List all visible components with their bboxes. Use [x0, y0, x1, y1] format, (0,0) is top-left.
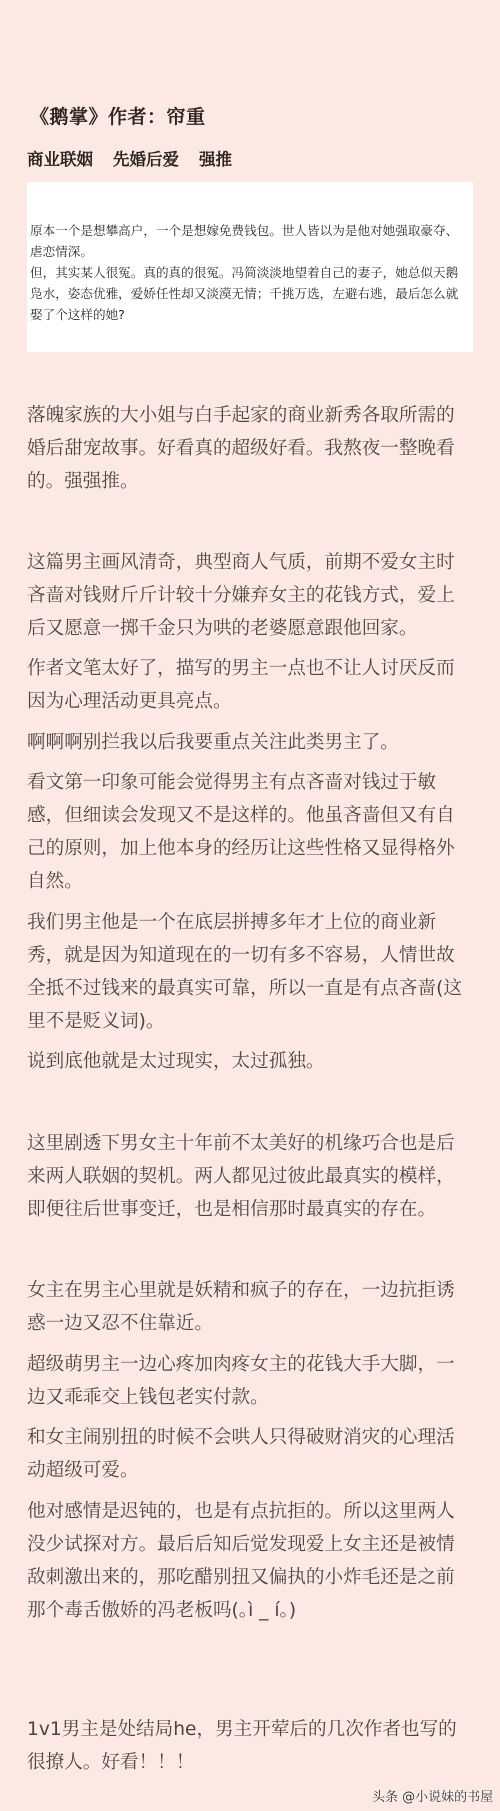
- review-paragraph: 女主在男主心里就是妖精和疯子的存在，一边抗拒诱惑一边又忍不住靠近。: [27, 1274, 473, 1340]
- review-paragraph: 这里剧透下男女主十年前不太美好的机缘巧合也是后来两人联姻的契机。两人都见过彼此最…: [27, 1127, 473, 1226]
- review-paragraph: 看文第一印象可能会觉得男主有点吝啬对钱过于敏感，但细读会发现又不是这样的。他虽吝…: [27, 766, 473, 898]
- review-paragraph: 和女主闹别扭的时候不会哄人只得破财消灾的心理活动超级可爱。: [27, 1421, 473, 1487]
- review-paragraph: 啊啊啊别拦我以后我要重点关注此类男主了。: [27, 726, 473, 759]
- book-title: 《鹅掌》作者：帘重: [30, 102, 206, 129]
- tag: 强推: [199, 146, 232, 170]
- tag-list: 商业联姻 先婚后爱 强推: [27, 146, 232, 170]
- review-paragraph: 说到底他就是太过现实，太过孤独。: [27, 1045, 473, 1078]
- review-paragraph: 这篇男主画风清奇，典型商人气质，前期不爱女主时吝啬对钱财斤斤计较十分嫌弃女主的花…: [27, 546, 473, 645]
- synopsis-line: 原本一个是想攀高户，一个是想嫁免费钱包。世人皆以为是他对她强取豪夺、虐恋情深。: [30, 220, 469, 262]
- watermark: 头条 @小说妹的书屋: [372, 1786, 493, 1805]
- review-paragraph: 1v1男主是处结局he，男主开荤后的几次作者也写的很撩人。好看！！！: [27, 1713, 473, 1779]
- synopsis-line: 但，其实某人很冤。真的真的很冤。冯简淡淡地望着自己的妻子，她总似天鹅凫水，姿态优…: [30, 262, 469, 325]
- review-paragraph: 我们男主他是一个在底层拼搏多年才上位的商业新秀，就是因为知道现在的一切有多不容易…: [27, 906, 473, 1038]
- review-paragraph: 落魄家族的大小姐与白手起家的商业新秀各取所需的婚后甜宠故事。好看真的超级好看。我…: [27, 399, 473, 498]
- synopsis-box: 原本一个是想攀高户，一个是想嫁免费钱包。世人皆以为是他对她强取豪夺、虐恋情深。 …: [27, 182, 473, 352]
- article-page: 《鹅掌》作者：帘重 商业联姻 先婚后爱 强推 原本一个是想攀高户，一个是想嫁免费…: [0, 0, 500, 1811]
- review-paragraph: 作者文笔太好了，描写的男主一点也不让人讨厌反而因为心理活动更具亮点。: [27, 652, 473, 718]
- tag: 商业联姻: [27, 146, 93, 170]
- review-paragraph: 他对感情是迟钝的，也是有点抗拒的。所以这里两人没少试探对方。最后后知后觉发现爱上…: [27, 1495, 473, 1627]
- review-paragraph: 超级萌男主一边心疼加肉疼女主的花钱大手大脚，一边又乖乖交上钱包老实付款。: [27, 1348, 473, 1414]
- tag: 先婚后爱: [113, 146, 179, 170]
